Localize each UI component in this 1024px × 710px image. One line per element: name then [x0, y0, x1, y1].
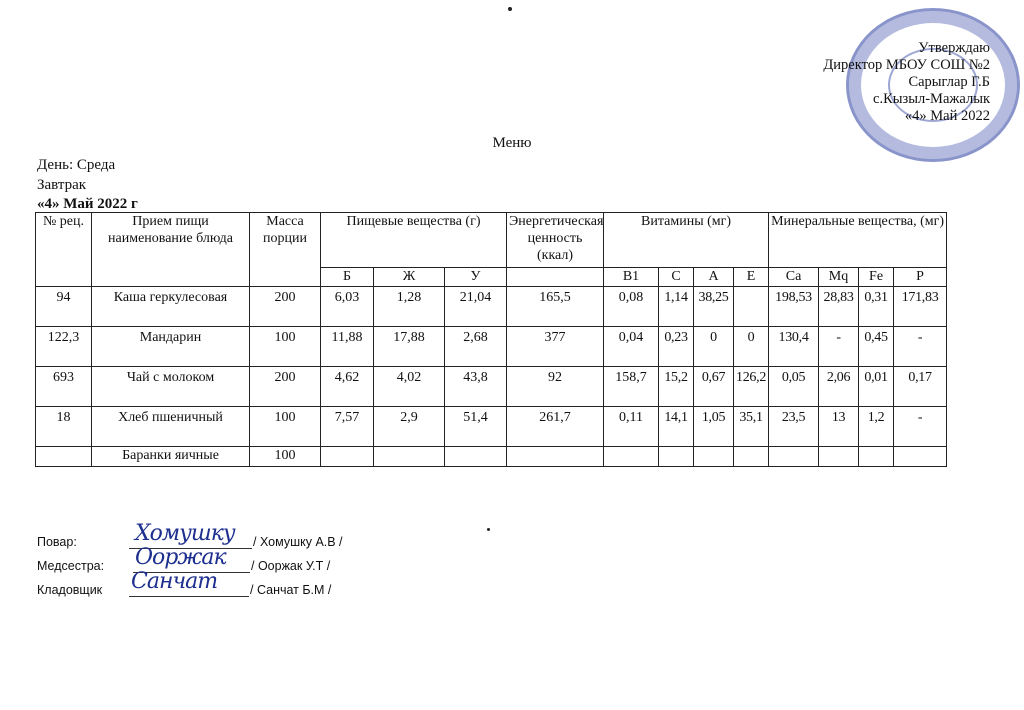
- subheader: У: [445, 268, 507, 287]
- cell-a: 0: [694, 327, 734, 367]
- cell-dish: Хлеб пшеничный: [92, 407, 250, 447]
- cell-ca: 23,5: [769, 407, 819, 447]
- subheader: E: [734, 268, 769, 287]
- header-minerals: Минеральные вещества, (мг): [769, 213, 947, 268]
- cell-b1: 0,11: [604, 407, 659, 447]
- cell-mq: 28,83: [819, 287, 859, 327]
- cell-fe: 1,2: [859, 407, 894, 447]
- signer-name: / Ооржак У.Т /: [251, 559, 330, 573]
- cell-c: 14,1: [659, 407, 694, 447]
- handwritten-signature: Ооржак: [135, 545, 226, 570]
- table-row: 18Хлеб пшеничный1007,572,951,4261,70,111…: [36, 407, 947, 447]
- cell-portion: 200: [250, 287, 321, 327]
- subheader: Mq: [819, 268, 859, 287]
- cell-b1: 0,04: [604, 327, 659, 367]
- cell-zh: [374, 447, 445, 467]
- header-vitamins: Витамины (мг): [604, 213, 769, 268]
- cell-c: 0,23: [659, 327, 694, 367]
- approval-line: с.Кызыл-Мажалык: [760, 91, 990, 108]
- cell-recipe: 693: [36, 367, 92, 407]
- cell-c: 1,14: [659, 287, 694, 327]
- cell-zh: 17,88: [374, 327, 445, 367]
- table-row: 94Каша геркулесовая2006,031,2821,04165,5…: [36, 287, 947, 327]
- cell-c: 15,2: [659, 367, 694, 407]
- cell-b: 6,03: [321, 287, 374, 327]
- cell-b1: 0,08: [604, 287, 659, 327]
- cell-b: 4,62: [321, 367, 374, 407]
- cell-mq: 2,06: [819, 367, 859, 407]
- cell-e: 0: [734, 327, 769, 367]
- role-label: Кладовщик: [37, 583, 102, 597]
- header-recipe-no: № рец.: [36, 213, 92, 287]
- cell-portion: 200: [250, 367, 321, 407]
- cell-energy: 165,5: [507, 287, 604, 327]
- cell-b1: [604, 447, 659, 467]
- cell-portion: 100: [250, 447, 321, 467]
- cell-a: 1,05: [694, 407, 734, 447]
- approval-block: Утверждаю Директор МБОУ СОШ №2 Сарыглар …: [760, 40, 990, 125]
- subheader: Ca: [769, 268, 819, 287]
- cell-ca: 198,53: [769, 287, 819, 327]
- cell-u: 2,68: [445, 327, 507, 367]
- menu-table: № рец. Прием пищи наименование блюда Мас…: [35, 212, 947, 467]
- subheader: [507, 268, 604, 287]
- cell-mq: [819, 447, 859, 467]
- approval-line: Директор МБОУ СОШ №2: [760, 57, 990, 74]
- cell-a: [694, 447, 734, 467]
- cell-u: 51,4: [445, 407, 507, 447]
- role-label: Повар:: [37, 535, 77, 549]
- page-title: Меню: [0, 135, 1024, 152]
- cell-u: [445, 447, 507, 467]
- role-label: Медсестра:: [37, 559, 104, 573]
- cell-dish: Чай с молоком: [92, 367, 250, 407]
- subheader: Б: [321, 268, 374, 287]
- approval-line: Сарыглар Г.Б: [760, 74, 990, 91]
- cell-recipe: 18: [36, 407, 92, 447]
- cell-energy: 261,7: [507, 407, 604, 447]
- subheader: P: [894, 268, 947, 287]
- subheader: Ж: [374, 268, 445, 287]
- cell-a: 38,25: [694, 287, 734, 327]
- cell-p: -: [894, 327, 947, 367]
- subheader: B1: [604, 268, 659, 287]
- table-row: 693Чай с молоком2004,624,0243,892158,715…: [36, 367, 947, 407]
- cell-ca: [769, 447, 819, 467]
- cell-e: [734, 447, 769, 467]
- cell-u: 43,8: [445, 367, 507, 407]
- cell-b: 7,57: [321, 407, 374, 447]
- cell-energy: [507, 447, 604, 467]
- signer-name: / Хомушку А.В /: [253, 535, 343, 549]
- subheader: C: [659, 268, 694, 287]
- scan-dot: [508, 7, 512, 11]
- cell-e: 126,2: [734, 367, 769, 407]
- header-dish: Прием пищи наименование блюда: [92, 213, 250, 287]
- signer-name: / Санчат Б.М /: [250, 583, 331, 597]
- approval-line: «4» Май 2022: [760, 108, 990, 125]
- cell-portion: 100: [250, 407, 321, 447]
- cell-energy: 92: [507, 367, 604, 407]
- handwritten-signature: Санчат: [131, 569, 217, 594]
- scan-dot: [487, 528, 490, 531]
- cell-e: 35,1: [734, 407, 769, 447]
- subheader: A: [694, 268, 734, 287]
- header-portion: Масса порции: [250, 213, 321, 287]
- cell-a: 0,67: [694, 367, 734, 407]
- header-energy: Энергетическая ценность (ккал): [507, 213, 604, 268]
- cell-c: [659, 447, 694, 467]
- cell-zh: 2,9: [374, 407, 445, 447]
- cell-fe: 0,01: [859, 367, 894, 407]
- date-label: «4» Май 2022 г: [37, 196, 138, 213]
- cell-b1: 158,7: [604, 367, 659, 407]
- handwritten-signature: Хомушку: [135, 521, 235, 546]
- table-row: Баранки яичные100: [36, 447, 947, 467]
- cell-mq: 13: [819, 407, 859, 447]
- cell-dish: Баранки яичные: [92, 447, 250, 467]
- approval-line: Утверждаю: [760, 40, 990, 57]
- cell-energy: 377: [507, 327, 604, 367]
- cell-dish: Каша геркулесовая: [92, 287, 250, 327]
- table-row: 122,3Мандарин10011,8817,882,683770,040,2…: [36, 327, 947, 367]
- cell-u: 21,04: [445, 287, 507, 327]
- cell-zh: 4,02: [374, 367, 445, 407]
- cell-recipe: [36, 447, 92, 467]
- cell-fe: 0,45: [859, 327, 894, 367]
- subheader: Fe: [859, 268, 894, 287]
- cell-ca: 0,05: [769, 367, 819, 407]
- cell-e: [734, 287, 769, 327]
- header-nutrients: Пищевые вещества (г): [321, 213, 507, 268]
- signature-line: [129, 596, 249, 597]
- day-label: День: Среда: [37, 157, 115, 174]
- cell-b: [321, 447, 374, 467]
- cell-dish: Мандарин: [92, 327, 250, 367]
- cell-mq: -: [819, 327, 859, 367]
- cell-portion: 100: [250, 327, 321, 367]
- cell-fe: [859, 447, 894, 467]
- cell-recipe: 122,3: [36, 327, 92, 367]
- cell-ca: 130,4: [769, 327, 819, 367]
- cell-recipe: 94: [36, 287, 92, 327]
- cell-b: 11,88: [321, 327, 374, 367]
- cell-p: [894, 447, 947, 467]
- cell-zh: 1,28: [374, 287, 445, 327]
- cell-p: 171,83: [894, 287, 947, 327]
- meal-label: Завтрак: [37, 177, 86, 194]
- cell-p: 0,17: [894, 367, 947, 407]
- cell-p: -: [894, 407, 947, 447]
- cell-fe: 0,31: [859, 287, 894, 327]
